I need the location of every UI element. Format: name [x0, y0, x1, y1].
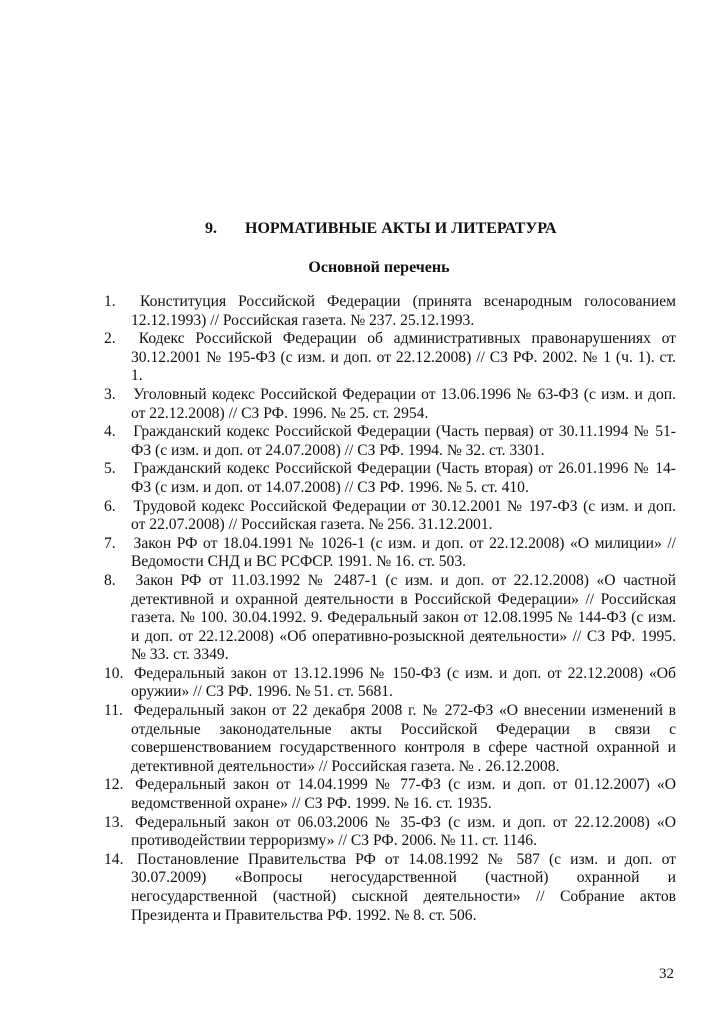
- list-item-first-line: 14. Постановление Правительства РФ от 14…: [104, 851, 676, 870]
- list-item: 3. Уголовный кодекс Российской Федерации…: [104, 386, 676, 423]
- list-item: 10. Федеральный закон от 13.12.1996 № 15…: [104, 665, 676, 702]
- list-item-continuation-line: Президента и Правительства РФ. 1992. № 8…: [104, 907, 676, 926]
- list-item-continuation-line: ФЗ (с изм. и доп. от 14.07.2008) // СЗ Р…: [104, 479, 676, 498]
- section-title: НОРМАТИВНЫЕ АКТЫ И ЛИТЕРАТУРА: [245, 220, 557, 238]
- list-item-first-line: 13. Федеральный закон от 06.03.2006 № 35…: [104, 814, 676, 833]
- list-item-first-line: 12. Федеральный закон от 14.04.1999 № 77…: [104, 776, 676, 795]
- list-item-continuation-line: от 22.07.2008) // Российская газета. № 2…: [104, 516, 676, 535]
- list-item-continuation-line: совершенствованием государственного конт…: [104, 739, 676, 758]
- list-item-first-line: 4. Гражданский кодекс Российской Федерац…: [104, 423, 676, 442]
- list-item-number: 4.: [104, 423, 128, 442]
- list-item-continuation-line: 30.12.2001 № 195-ФЗ (с изм. и доп. от 22…: [104, 349, 676, 368]
- list-item-number: 8.: [104, 572, 128, 591]
- list-item-number: 3.: [104, 386, 128, 405]
- list-item-first-line: 3. Уголовный кодекс Российской Федерации…: [104, 386, 676, 405]
- section-subtitle: Основной перечень: [0, 259, 728, 277]
- list-item-number: 5.: [104, 460, 128, 479]
- list-item: 11. Федеральный закон от 22 декабря 2008…: [104, 702, 676, 776]
- section-number: 9.: [205, 220, 217, 238]
- list-item-number: 2.: [104, 330, 128, 349]
- list-item-first-line: 6. Трудовой кодекс Российской Федерации …: [104, 498, 676, 517]
- list-item: 4. Гражданский кодекс Российской Федерац…: [104, 423, 676, 460]
- reference-list: 1. Конституция Российской Федерации (при…: [104, 293, 676, 925]
- list-item-number: 7.: [104, 535, 128, 554]
- list-item-first-line: 1. Конституция Российской Федерации (при…: [104, 293, 676, 312]
- list-item-continuation-line: от 22.12.2008) // СЗ РФ. 1996. № 25. ст.…: [104, 405, 676, 424]
- list-item-continuation-line: и доп. от 22.12.2008) «Об оперативно-роз…: [104, 628, 676, 647]
- list-item-first-line: 11. Федеральный закон от 22 декабря 2008…: [104, 702, 676, 721]
- list-item-continuation-line: Ведомости СНД и ВС РСФСР. 1991. № 16. ст…: [104, 553, 676, 572]
- list-item-continuation-line: № 33. ст. 3349.: [104, 646, 676, 665]
- document-page: 9. НОРМАТИВНЫЕ АКТЫ И ЛИТЕРАТУРА Основно…: [0, 0, 728, 1029]
- list-item-first-line: 5. Гражданский кодекс Российской Федерац…: [104, 460, 676, 479]
- list-item-continuation-line: оружии» // СЗ РФ. 1996. № 51. ст. 5681.: [104, 683, 676, 702]
- list-item-continuation-line: детективной и охранной деятельности в Ро…: [104, 591, 676, 610]
- list-item-continuation-line: газета. № 100. 30.04.1992. 9. Федеральны…: [104, 609, 676, 628]
- list-item-number: 10.: [104, 665, 128, 684]
- list-item-continuation-line: ФЗ (с изм. и доп. от 24.07.2008) // СЗ Р…: [104, 442, 676, 461]
- list-item: 13. Федеральный закон от 06.03.2006 № 35…: [104, 814, 676, 851]
- list-item-continuation-line: негосударственной (частной) сыскной деят…: [104, 888, 676, 907]
- list-item: 1. Конституция Российской Федерации (при…: [104, 293, 676, 330]
- list-item-number: 6.: [104, 498, 128, 517]
- list-item-number: 13.: [104, 814, 128, 833]
- list-item-continuation-line: 30.07.2009) «Вопросы негосударственной (…: [104, 869, 676, 888]
- list-item: 7. Закон РФ от 18.04.1991 № 1026-1 (с из…: [104, 535, 676, 572]
- list-item-first-line: 10. Федеральный закон от 13.12.1996 № 15…: [104, 665, 676, 684]
- list-item: 6. Трудовой кодекс Российской Федерации …: [104, 498, 676, 535]
- list-item-number: 12.: [104, 776, 128, 795]
- list-item-first-line: 7. Закон РФ от 18.04.1991 № 1026-1 (с из…: [104, 535, 676, 554]
- list-item-continuation-line: 1.: [104, 367, 676, 386]
- list-item: 2. Кодекс Российской Федерации об админи…: [104, 330, 676, 386]
- page-number: 32: [659, 966, 674, 983]
- list-item-continuation-line: детективной деятельности» // Российская …: [104, 758, 676, 777]
- list-item: 8. Закон РФ от 11.03.1992 № 2487-1 (с из…: [104, 572, 676, 665]
- list-item: 12. Федеральный закон от 14.04.1999 № 77…: [104, 776, 676, 813]
- list-item-continuation-line: отдельные законодательные акты Российско…: [104, 721, 676, 740]
- list-item-continuation-line: 12.12.1993) // Российская газета. № 237.…: [104, 312, 676, 331]
- list-item-number: 1.: [104, 293, 128, 312]
- list-item: 14. Постановление Правительства РФ от 14…: [104, 851, 676, 925]
- list-item-continuation-line: противодействии терроризму» // СЗ РФ. 20…: [104, 832, 676, 851]
- list-item-number: 11.: [104, 702, 128, 721]
- list-item-number: 14.: [104, 851, 128, 870]
- list-item-first-line: 8. Закон РФ от 11.03.1992 № 2487-1 (с из…: [104, 572, 676, 591]
- list-item: 5. Гражданский кодекс Российской Федерац…: [104, 460, 676, 497]
- list-item-continuation-line: ведомственной охране» // СЗ РФ. 1999. № …: [104, 795, 676, 814]
- list-item-first-line: 2. Кодекс Российской Федерации об админи…: [104, 330, 676, 349]
